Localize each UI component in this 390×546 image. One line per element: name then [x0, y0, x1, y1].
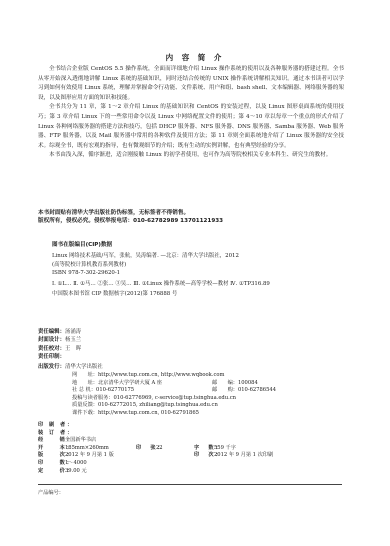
copyright-notice: 本书封面贴有清华大学出版社防伪标签，无标签者不得销售。 版权所有，侵权必究。侵权…	[38, 209, 223, 226]
mail-order-text: 邮 购：010-62786544	[212, 387, 276, 395]
address-text: 地 址：北京清华大学学研大厦 A 座	[72, 380, 162, 386]
publisher-name: 清华大学出版社	[65, 364, 103, 370]
cip-title-line: Linux 网络技术基础/马军，张航，吴涛编著. —北京：清华大学出版社，201…	[52, 252, 270, 261]
abstract-paragraph-3: 本书由浅入深，循序渐进，适合刚接触 Linux 的初学者使用，也可作为高等院校相…	[38, 151, 344, 161]
credit-value: 王 晖	[65, 346, 81, 352]
publisher-row: 出版发行：清华大学出版社	[38, 364, 103, 372]
spec-label: 定 价：	[38, 468, 65, 476]
copyright-page: 内 容 简 介 全书结合企业版 CentOS 5.5 操作系统，全面而详细地介绍…	[0, 0, 390, 546]
spec-sheets: 印 张：22	[136, 445, 163, 453]
spec-printing: 印 次：2012 年 9 月第 1 次印刷	[194, 452, 273, 460]
piracy-report-notice: 版权所有，侵权必究。侵权举报电话：010-62782989 1370112193…	[38, 217, 223, 225]
publisher-quality-feedback: 质量反馈：010-62772015, zhiliang@tup.tsinghua…	[72, 402, 236, 410]
credit-label: 封面设计：	[38, 337, 65, 343]
abstract: 全书结合企业版 CentOS 5.5 操作系统，全面而详细地介绍 Linux 操…	[38, 65, 344, 161]
spec-edition: 版 次：2012 年 9 月第 1 版 印 次：2012 年 9 月第 1 次印…	[38, 452, 114, 460]
credit-label: 责任印制：	[38, 354, 65, 360]
spec-label: 印 次：	[194, 452, 214, 460]
credit-editor: 责任编辑：汤涌涛	[38, 328, 81, 336]
spec-printer: 印 刷 者：	[38, 422, 114, 430]
credit-label: 责任校对：	[38, 346, 65, 352]
spec-value: 39.00 元	[65, 468, 87, 474]
spec-label: 版 次：	[38, 452, 65, 460]
spec-copies: 印 数：1～4000	[38, 460, 114, 468]
credit-proofreader: 责任校对：王 晖	[38, 345, 81, 353]
cip-classification: Ⅰ. ①L… Ⅱ. ①马… ②张… ③吴… Ⅲ. ①Linux 操作系统—高等学…	[52, 280, 270, 289]
cip-data: Linux 网络技术基础/马军，张航，吴涛编著. —北京：清华大学出版社，201…	[52, 252, 270, 299]
publisher-courseware: 课件下载：http://www.tup.com.cn, 010-62791865	[72, 410, 236, 418]
publisher-switchboard: 社 总 机：010-62770175 邮 购：010-62786544	[72, 387, 236, 395]
spec-value: 2012 年 9 月第 1 版	[65, 452, 114, 458]
print-specs: 印 刷 者： 装 订 者： 经 销：全国新华书店 开 本：185mm×260mm…	[38, 422, 114, 475]
credit-cover-design: 封面设计：杨玉兰	[38, 336, 81, 344]
credit-label: 责任编辑：	[38, 329, 65, 335]
reader-service-text: 投稿与读者服务：010-62776969, c-service@tup.tsin…	[72, 395, 236, 401]
cip-record-number: 中国版本图书馆 CIP 数据核字(2012)第 176888 号	[52, 290, 270, 299]
switchboard-text: 社 总 机：010-62770175	[72, 387, 134, 393]
publisher-label: 出版发行：	[38, 364, 65, 370]
website-text: 网 址：http://www.tup.com.cn, http://www.wq…	[72, 372, 224, 378]
spec-value: 1～4000	[65, 460, 87, 466]
staff-credits: 责任编辑：汤涌涛 封面设计：杨玉兰 责任校对：王 晖 责任印制：	[38, 328, 81, 361]
credit-value: 汤涌涛	[65, 329, 81, 335]
anti-counterfeit-notice: 本书封面贴有清华大学出版社防伪标签，无标签者不得销售。	[38, 209, 223, 217]
spec-value: 185mm×260mm	[65, 445, 109, 451]
spec-value: 22	[156, 445, 163, 451]
publisher-details: 网 址：http://www.tup.com.cn, http://www.wq…	[72, 372, 236, 418]
spec-value: 559 千字	[214, 445, 236, 451]
spec-value: 全国新华书店	[65, 437, 96, 443]
publisher-info: 出版发行：清华大学出版社	[38, 364, 103, 372]
spec-label: 印 刷 者：	[38, 422, 65, 430]
courseware-text: 课件下载：http://www.tup.com.cn, 010-62791865	[72, 410, 199, 416]
quality-feedback-text: 质量反馈：010-62772015, zhiliang@tup.tsinghua…	[72, 402, 218, 408]
spec-value: 2012 年 9 月第 1 次印刷	[214, 452, 273, 458]
cip-series-line: (高等院校计算机教育系列教材)	[52, 261, 270, 270]
product-number: 产品编号：	[38, 489, 64, 496]
spec-label: 印 数：	[38, 460, 65, 468]
cip-heading: 图书在版编目(CIP)数据	[52, 240, 112, 248]
publisher-website: 网 址：http://www.tup.com.cn, http://www.wq…	[72, 372, 236, 380]
spec-price: 定 价：39.00 元	[38, 468, 114, 476]
credit-value: 杨玉兰	[65, 337, 81, 343]
cip-isbn: ISBN 978-7-302-29620-1	[52, 269, 270, 278]
spec-distributor: 经 销：全国新华书店	[38, 437, 114, 445]
credit-print-supervisor: 责任印制：	[38, 353, 81, 361]
abstract-paragraph-1: 全书结合企业版 CentOS 5.5 操作系统，全面而详细地介绍 Linux 操…	[38, 65, 344, 103]
abstract-paragraph-2: 全书共分为 11 章，第 1～2 章介绍 Linux 的基础知识和 CentOS…	[38, 103, 344, 151]
spec-label: 经 销：	[38, 437, 65, 445]
horizontal-divider	[38, 484, 342, 485]
spec-label: 印 张：	[136, 445, 156, 453]
page-title: 内 容 简 介	[0, 52, 390, 63]
